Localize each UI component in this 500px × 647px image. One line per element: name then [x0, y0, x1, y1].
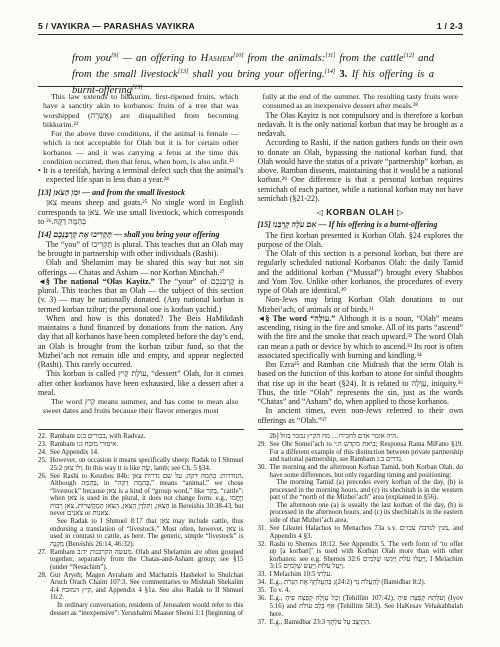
- footnote: 34. E.g., לְהַעֲלֹת נֵר (24:2); בְּהַעֲל…: [258, 579, 464, 587]
- topic-word-olah: ◄§ The word “עוֹלָה.” Although it is a n…: [258, 314, 464, 360]
- footnote-text: E.g., Bamidbar 23:3 הִתְיַצֵּב עַל עֹלָת…: [270, 619, 464, 627]
- footnote-number: 30.: [258, 464, 267, 472]
- page-header: 5 / VAYIKRA — PARASHAS VAYIKRA 1 / 2-3: [38, 21, 463, 31]
- footnote: 36. E.g., וְכָל עַוְלָה קָפְצָה פִּיהָ (…: [258, 595, 464, 618]
- footnote: 35. To v. 4.: [258, 587, 464, 595]
- footnote-number: 36.: [258, 595, 267, 603]
- footnote-text: Gur Aryeh; Magen Avraham and Machatzis H…: [50, 572, 244, 617]
- footnote-text: E.g., וְכָל עַוְלָה קָפְצָה פִּיהָ (Tehi…: [270, 595, 464, 618]
- footnotes: 22. Rambam בכורים ב:ט, with Radvaz. 23. …: [38, 429, 463, 629]
- book-page: 5 / VAYIKRA — PARASHAS VAYIKRA 1 / 2-3 f…: [0, 0, 500, 647]
- commentary-right-column: fully at the end of the summer. The resu…: [258, 92, 464, 426]
- footnote-text: See Rashi to Kesubos 84b: הנודרות: בהמה …: [50, 473, 244, 548]
- header-rule: [38, 34, 463, 35]
- note-three-conditions: For the above three conditions, if the a…: [43, 129, 239, 166]
- footnote-number: 24.: [38, 449, 47, 457]
- footnote-number: 33.: [258, 571, 267, 579]
- commentary-paragraph: The Olah of this section is a personal k…: [258, 249, 464, 295]
- footnote: 23. Rambam איסורי מזבח ג:ז.: [38, 441, 244, 449]
- note-kayitz-summer-continued: fully at the end of the summer. The resu…: [263, 92, 459, 111]
- commentary-paragraph: This korban is called עוֹלַת קַיִץ, “des…: [38, 369, 244, 397]
- footnote-text: Rambam מעשה הקרבנות יד:ב. Olah and Shela…: [50, 549, 244, 572]
- footnote-text: Rambam איסורי מזבח ג:ז.: [50, 441, 244, 449]
- note-kayitz-summer: The word קַיִץ means summer, and has com…: [43, 397, 239, 416]
- footnote: 25. However, on occasion it means specif…: [38, 457, 244, 472]
- verse-divider: [38, 86, 463, 87]
- footnote-number: 23.: [38, 441, 47, 449]
- footnote-number: 37.: [258, 619, 267, 627]
- footnote-number: 34.: [258, 579, 267, 587]
- footnote-number: 35.: [258, 587, 267, 595]
- footnote-text: See Ohr Somei’ach to ביאת מקדש ה:י; Resp…: [270, 441, 464, 464]
- footnote-text: See Appendix 14.: [50, 449, 244, 457]
- footnote: 22. Rambam בכורים ב:ט, with Radvaz.: [38, 433, 244, 441]
- footnote: 37. E.g., Bamidbar 23:3 הִתְיַצֵּב עַל ע…: [258, 619, 464, 627]
- commentary-paragraph: In ancient times, even non-Jews referred…: [258, 406, 464, 425]
- footnote-number: 28.: [38, 572, 47, 580]
- footnotes-left-column: 22. Rambam בכורים ב:ט, with Radvaz. 23. …: [38, 429, 244, 629]
- footnote: 33. I Melachim 10:5 עֹלָתוֹ.: [258, 571, 464, 579]
- footnote: 28. Gur Aryeh; Magen Avraham and Machatz…: [38, 572, 244, 617]
- commentary-paragraph: Non-Jews may bring Korban Olah donations…: [258, 295, 464, 314]
- commentary-paragraph: צֹאן means sheep and goats.²⁵ No single …: [38, 198, 244, 226]
- header-chapter-verse: 1 / 2-3: [437, 21, 463, 31]
- footnote: 2b] היה אומר אדם לחבירו… מה הקיץ נמכר בז…: [258, 433, 464, 441]
- commentary-paragraph: The first korban presented is Korban Ola…: [258, 231, 464, 250]
- footnote-number: 32.: [258, 541, 267, 549]
- footnote-text: I Melachim 10:5 עֹלָתוֹ.: [270, 571, 464, 579]
- footnote-number: 26.: [38, 473, 47, 481]
- commentary-paragraph: When and how is this donated? The Beis H…: [38, 314, 244, 370]
- bullet-tereifah: • It is a tereifah, having a terminal de…: [38, 166, 244, 185]
- footnote: 29. See Ohr Somei’ach to ביאת מקדש ה:י; …: [258, 441, 464, 464]
- footnote-number: 25.: [38, 457, 47, 465]
- footnote-number: 27.: [38, 549, 47, 557]
- footnote-text: To v. 4.: [270, 587, 464, 595]
- footnote-text: The morning and the afternoon Korban Tam…: [270, 464, 464, 524]
- subhead-13: [13] וּמִן הַצֹּאן — and from the small …: [38, 188, 244, 197]
- header-book-title: 5 / VAYIKRA — PARASHAS VAYIKRA: [38, 21, 195, 31]
- commentary-paragraph: Ibn Ezra³⁵ and Ramban cite Midrash that …: [258, 360, 464, 406]
- footnote-text: Rambam בכורים ב:ט, with Radvaz.: [50, 433, 244, 441]
- footnote-text: 2b] היה אומר אדם לחבירו… מה הקיץ נמכר בז…: [270, 433, 464, 441]
- subhead-14: [14] תַּקְרִיבוּ אֶת קָרְבַּנְכֶם — shal…: [38, 230, 244, 239]
- footnote: 27. Rambam מעשה הקרבנות יד:ב. Olah and S…: [38, 549, 244, 572]
- topic-olas-kayitz: ◄§ The national “Olas Kayitz.” The “your…: [38, 277, 244, 314]
- commentary-paragraph: Olah and Shelamim may be shared this way…: [38, 258, 244, 277]
- verse-translation: from you[9] — an offering to Hashem[10] …: [72, 49, 434, 98]
- subhead-15: [15] אִם עֹלָה קָרְבָּנוֹ — If his offer…: [258, 220, 464, 229]
- footnote-number: 31.: [258, 525, 267, 533]
- note-bikkurim: This law extends to bikkurim, first-ripe…: [43, 92, 239, 129]
- footnote-number: 29.: [258, 441, 267, 449]
- commentary-paragraph: The Olas Kayitz is not compulsory and is…: [258, 111, 464, 139]
- commentary-paragraph: The “you” of תַּקְרִיבוּ is plural. This…: [38, 240, 244, 259]
- commentary: This law extends to bikkurim, first-ripe…: [38, 92, 463, 426]
- footnote: 32. Rashi to Shemos 18:12. See Appendix …: [258, 541, 464, 571]
- footnote-text: Rashi to Shemos 18:12. See Appendix 5. T…: [270, 541, 464, 571]
- footnotes-right-column: 2b] היה אומר אדם לחבירו… מה הקיץ נמכר בז…: [258, 429, 464, 629]
- commentary-paragraph: According to Rashi, if the nation gather…: [258, 138, 464, 203]
- footnote-text: E.g., לְהַעֲלֹת נֵר (24:2); בְּהַעֲלֹתְך…: [270, 579, 464, 587]
- footnote-text: However, on occasion it means specifical…: [50, 457, 244, 472]
- footnote: 30. The morning and the afternoon Korban…: [258, 464, 464, 524]
- footnote: 31. See Likutei Halachos to Menachos 73a…: [258, 525, 464, 540]
- commentary-left-column: This law extends to bikkurim, first-ripe…: [38, 92, 244, 426]
- footnote: 24. See Appendix 14.: [38, 449, 244, 457]
- footnote: 26. See Rashi to Kesubos 84b: הנודרות: ב…: [38, 473, 244, 548]
- footnote-text: See Likutei Halachos to Menachos 73a s.v…: [270, 525, 464, 540]
- korban-olah-section-header: ◁ KORBAN OLAH ▷: [258, 208, 464, 217]
- footnote-number: 22.: [38, 433, 47, 441]
